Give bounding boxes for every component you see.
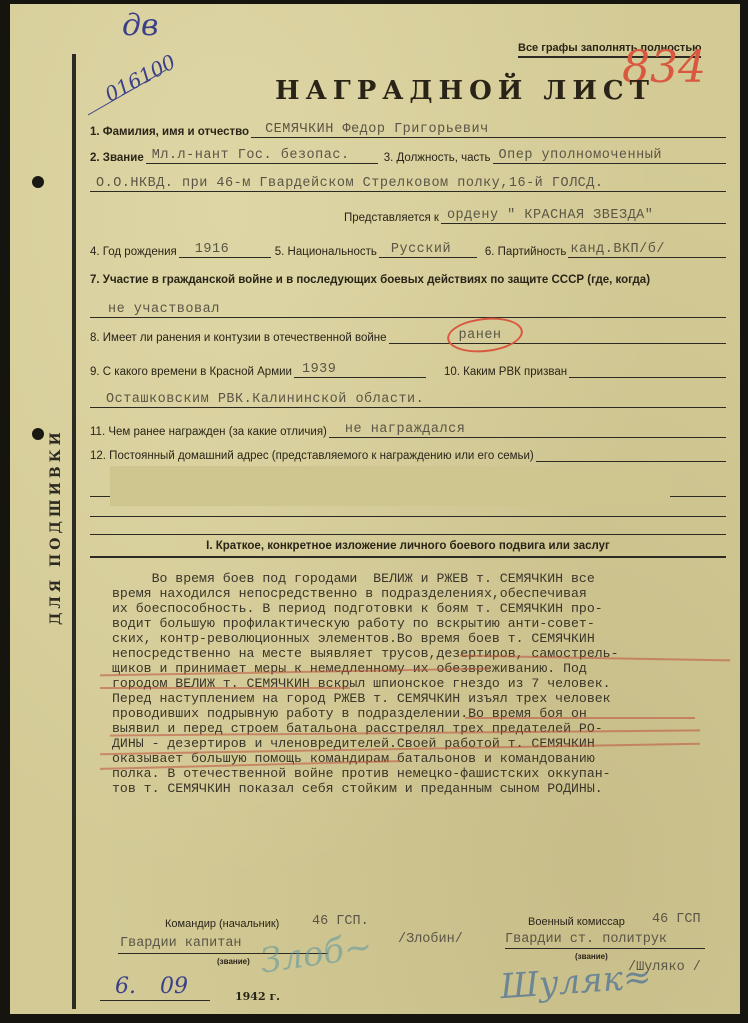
narrative-line: городом ВЕЛИЖ т. СЕМЯЧКИН вскрыл шпионск…	[112, 676, 748, 691]
field-award: Представляется к ордену " КРАСНАЯ ЗВЕЗДА…	[344, 208, 726, 224]
narrative-line: тов т. СЕМЯЧКИН показал себя стойким и п…	[112, 781, 748, 796]
field-value: Мл.л-нант Гос. безопас.	[146, 148, 378, 164]
field-value: ранен	[389, 328, 726, 344]
narrative-line: водит большую профилактическую работу по…	[112, 616, 748, 631]
field-label: 8. Имеет ли ранения и контузии в отечест…	[90, 332, 389, 344]
field-rvk-value: Осташковским РВК.Калининской области.	[90, 392, 726, 408]
redacted-address	[110, 466, 670, 506]
handwritten-archive-number: 016100	[101, 49, 180, 106]
handwritten-mark: дв	[122, 8, 158, 43]
narrative-line: Перед наступлением на город РЖЕВ т. СЕМЯ…	[112, 691, 748, 706]
binding-margin-line	[72, 54, 76, 1009]
field-value: не участвовал	[90, 302, 726, 318]
commissar-label: Военный комиссар	[528, 916, 625, 928]
field-label: 9. С какого времени в Красной Армии	[90, 366, 294, 378]
field-label: 3. Должность, часть	[378, 152, 493, 164]
commander-signature: Злоб~	[258, 926, 375, 981]
commander-rank: Гвардии капитан	[120, 936, 242, 951]
binding-label: ДЛЯ ПОДШИВКИ	[48, 422, 68, 632]
date-line	[100, 1000, 210, 1001]
punch-hole	[32, 428, 44, 440]
red-underline	[465, 717, 695, 719]
commissar-signature: Шуляк≈	[499, 957, 653, 1007]
rank-caption: (звание)	[217, 957, 250, 966]
field-previous-awards: 11. Чем ранее награжден (за какие отличи…	[90, 422, 726, 438]
date-year: 1942 г.	[235, 990, 280, 1003]
narrative-line: проводивших подрывную работу в подраздел…	[112, 706, 748, 721]
field-label: 1. Фамилия, имя и отчество	[90, 126, 251, 138]
commander-name: /Злобин/	[398, 932, 463, 947]
field-label: 10. Каким РВК призван	[426, 366, 569, 378]
field-full-name: 1. Фамилия, имя и отчество СЕМЯЧКИН Федо…	[90, 122, 726, 138]
blank-line	[90, 516, 726, 517]
field-value: О.О.НКВД. при 46-м Гвардейском Стрелково…	[90, 176, 726, 192]
field-value: Опер уполномоченный	[493, 148, 726, 164]
narrative-text: Во время боев под городами ВЕЛИЖ и РЖЕВ …	[112, 571, 748, 796]
field-value: не награждался	[329, 422, 726, 438]
field-label: 6. Партийность	[477, 246, 568, 258]
narrative-line: оказывает большую помощь командирам бата…	[112, 751, 748, 766]
narrative-line: Во время боев под городами ВЕЛИЖ и РЖЕВ …	[112, 571, 748, 586]
field-fill-line	[536, 460, 726, 462]
date-month: 09	[160, 974, 188, 999]
field-civil-war-value: не участвовал	[90, 302, 726, 318]
narrative-line: полка. В отечественной войне против неме…	[112, 766, 748, 781]
field-civil-war: 7. Участие в гражданской войне и в после…	[90, 274, 726, 286]
document-title: НАГРАДНОЙ ЛИСТ	[275, 76, 655, 106]
field-label: 2. Звание	[90, 152, 146, 164]
field-value: Осташковским РВК.Калининской области.	[90, 392, 726, 408]
field-fill-line	[569, 376, 726, 378]
field-value: СЕМЯЧКИН Федор Григорьевич	[251, 122, 726, 138]
punch-hole	[32, 176, 44, 188]
field-label: 7. Участие в гражданской войне и в после…	[90, 274, 652, 286]
commander-label: Командир (начальник)	[165, 918, 279, 930]
field-label: 12. Постоянный домашний адрес (представл…	[90, 450, 536, 462]
narrative-line: их боеспособность. В период подготовки к…	[112, 601, 748, 616]
commissar-rank: Гвардии ст. политрук	[505, 932, 667, 947]
field-value: ордену " КРАСНАЯ ЗВЕЗДА"	[441, 208, 726, 224]
field-value: канд.ВКП/б/	[568, 242, 726, 258]
award-sheet-document: ДЛЯ ПОДШИВКИ дв 016100 Все графы заполня…	[10, 4, 740, 1014]
narrative-line: ских, контр-революционных элементов.Во в…	[112, 631, 748, 646]
field-value: 1916	[179, 242, 271, 258]
narrative-line: время находился непосредственно в подраз…	[112, 586, 748, 601]
red-underline	[100, 687, 350, 689]
blank-line	[90, 534, 726, 535]
field-label: 4. Год рождения	[90, 246, 179, 258]
field-birth-nationality-party: 4. Год рождения 1916 5. Национальность Р…	[90, 242, 726, 258]
field-label: 11. Чем ранее награжден (за какие отличи…	[90, 426, 329, 438]
red-circle-mark	[445, 314, 524, 356]
commissar-unit: 46 ГСП	[652, 912, 701, 927]
field-value: Русский	[379, 242, 477, 258]
field-rank-position: 2. Звание Мл.л-нант Гос. безопас. 3. Дол…	[90, 148, 726, 164]
field-label: Представляется к	[344, 212, 441, 224]
field-label: 5. Национальность	[271, 246, 379, 258]
field-wounds: 8. Имеет ли ранения и контузии в отечест…	[90, 328, 726, 344]
field-position-continuation: О.О.НКВД. при 46-м Гвардейском Стрелково…	[90, 176, 726, 192]
date-day: 6.	[115, 974, 136, 999]
field-value: 1939	[294, 362, 426, 378]
rank-line	[505, 948, 705, 949]
section-title: I. Краткое, конкретное изложение личного…	[90, 540, 726, 558]
field-army-since: 9. С какого времени в Красной Армии 1939…	[90, 362, 726, 378]
field-home-address: 12. Постоянный домашний адрес (представл…	[90, 450, 726, 462]
